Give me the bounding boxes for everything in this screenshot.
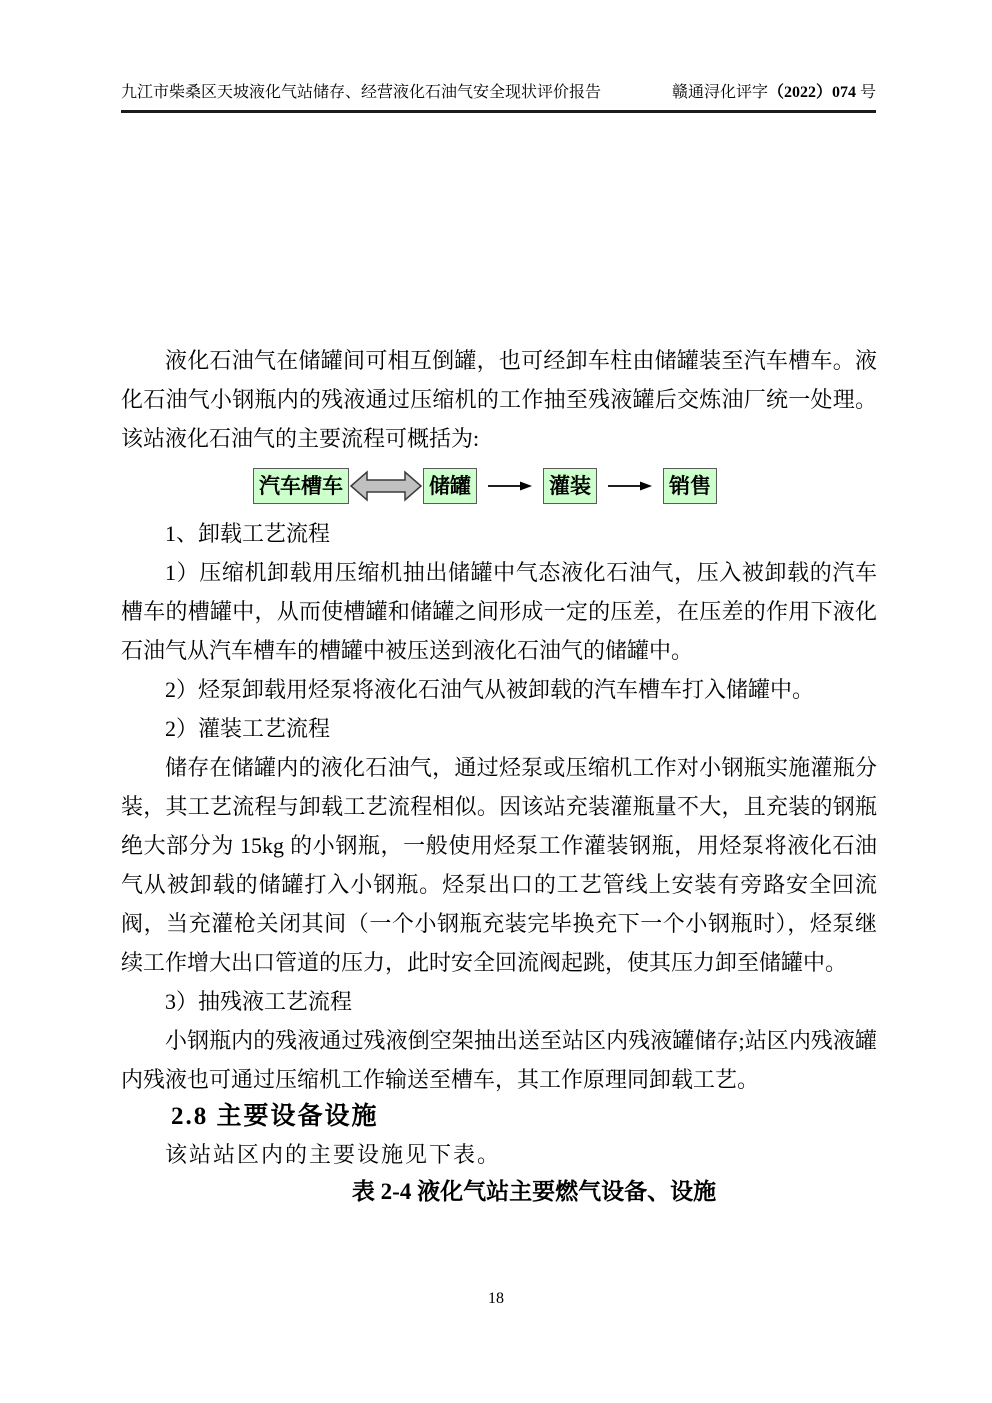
header-doc-number-prefix: 赣通浔化评字 — [672, 84, 768, 101]
page-footer: 18 — [0, 1290, 992, 1308]
paragraph-intro: 液化石油气在储罐间可相互倒罐，也可经卸车柱由储罐装至汽车槽车。液化石油气小钢瓶内… — [121, 341, 877, 458]
paragraph-residual-liquid-process: 小钢瓶内的残液通过残液倒空架抽出送至站区内残液罐储存;站区内残液罐内残液也可通过… — [121, 1021, 877, 1099]
flow-node-tanker-truck: 汽车槽车 — [253, 468, 349, 504]
header-divider-rule — [121, 110, 876, 113]
table-intro-text: 该站站区内的主要设施见下表。 — [121, 1135, 877, 1174]
list-heading-filling: 2）灌装工艺流程 — [121, 709, 877, 748]
document-body: 液化石油气在储罐间可相互倒罐，也可经卸车柱由储罐装至汽车槽车。液化石油气小钢瓶内… — [121, 341, 877, 1210]
list-heading-unloading: 1、卸载工艺流程 — [121, 514, 877, 553]
flow-node-storage-tank: 储罐 — [423, 468, 477, 504]
double-arrow-icon — [350, 470, 422, 502]
document-page: 九江市柴桑区天坡液化气站储存、经营液化石油气安全现状评价报告 赣通浔化评字（20… — [0, 0, 992, 1403]
header-report-title: 九江市柴桑区天坡液化气站储存、经营液化石油气安全现状评价报告 — [121, 82, 601, 104]
process-flow-diagram: 汽车槽车 储罐 灌装 销售 — [253, 465, 877, 507]
right-arrow-icon — [607, 479, 653, 493]
paragraph-compressor-unloading: 1）压缩机卸载用压缩机抽出储罐中气态液化石油气，压入被卸载的汽车槽车的槽罐中，从… — [121, 553, 877, 670]
paragraph-pump-unloading: 2）烃泵卸载用烃泵将液化石油气从被卸载的汽车槽车打入储罐中。 — [121, 670, 877, 709]
header-doc-number-value: （2022）074 — [768, 84, 856, 101]
paragraph-filling-process: 储存在储罐内的液化石油气，通过烃泵或压缩机工作对小钢瓶实施灌瓶分装，其工艺流程与… — [121, 748, 877, 982]
page-header: 九江市柴桑区天坡液化气站储存、经营液化石油气安全现状评价报告 赣通浔化评字（20… — [121, 82, 876, 104]
list-heading-residual-liquid: 3）抽残液工艺流程 — [121, 982, 877, 1021]
header-doc-number-suffix: 号 — [856, 84, 876, 101]
flow-node-sales: 销售 — [663, 468, 717, 504]
flow-node-filling: 灌装 — [543, 468, 597, 504]
section-heading: 2.8 主要设备设施 — [121, 1099, 877, 1135]
page-number: 18 — [488, 1290, 504, 1307]
right-arrow-icon — [487, 479, 533, 493]
table-caption: 表 2-4 液化气站主要燃气设备、设施 — [121, 1174, 877, 1210]
header-doc-number: 赣通浔化评字（2022）074 号 — [672, 82, 876, 104]
